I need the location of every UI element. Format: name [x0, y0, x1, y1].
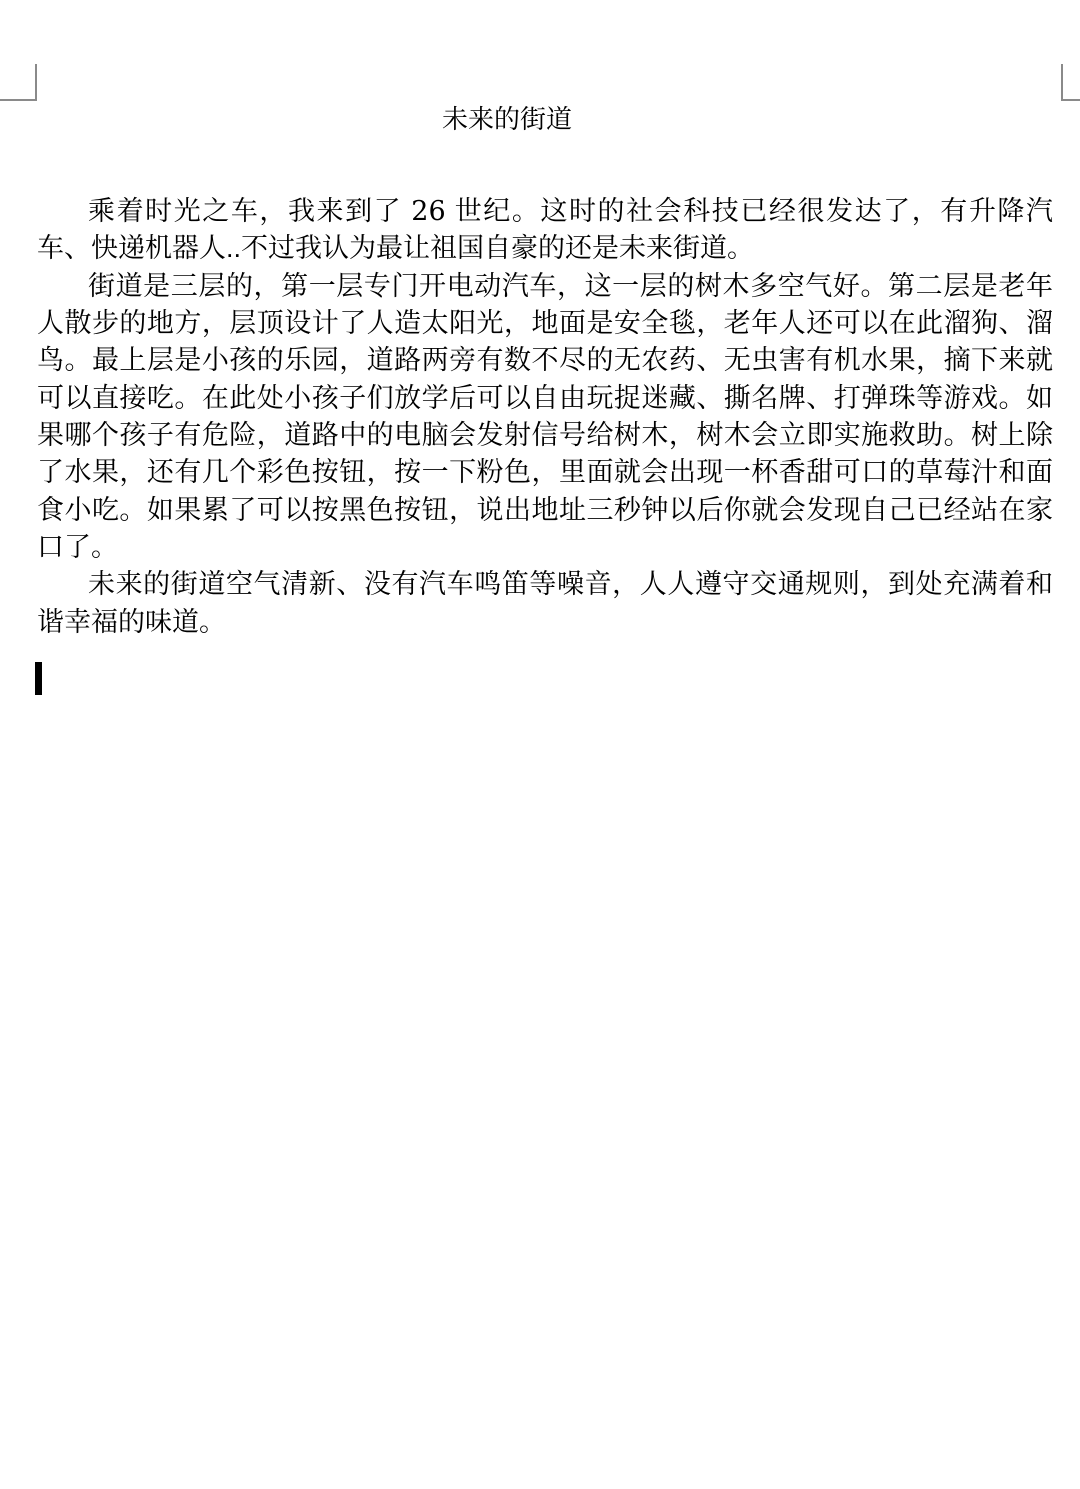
- text-boundary-corner-mark-top-left: [0, 64, 37, 101]
- paragraph-2[interactable]: 街道是三层的，第一层专门开电动汽车，这一层的树木多空气好。第二层是老年人散步的地…: [37, 268, 1053, 567]
- paragraph-2-text: 街道是三层的，第一层专门开电动汽车，这一层的树木多空气好。第二层是老年人散步的地…: [37, 271, 1053, 562]
- document-title[interactable]: 未来的街道: [37, 101, 1053, 137]
- paragraph-1[interactable]: 乘着时光之车，我来到了 26 世纪。这时的社会科技已经很发达了，有升降汽车、快递…: [37, 193, 1053, 268]
- paragraph-3[interactable]: 未来的街道空气清新、没有汽车鸣笛等噪音，人人遵守交通规则，到处充满着和谐幸福的味…: [37, 566, 1053, 641]
- document-page[interactable]: 未来的街道 乘着时光之车，我来到了 26 世纪。这时的社会科技已经很发达了，有升…: [0, 0, 1080, 1489]
- paragraph-1-century-number: 26: [411, 196, 445, 227]
- text-boundary-corner-mark-top-right: [1061, 64, 1080, 101]
- document-text-area[interactable]: 未来的街道 乘着时光之车，我来到了 26 世纪。这时的社会科技已经很发达了，有升…: [37, 101, 1053, 641]
- paragraph-1-text-before-number: 乘着时光之车，我来到了: [88, 196, 411, 226]
- text-insertion-cursor: [35, 662, 42, 695]
- document-body: 乘着时光之车，我来到了 26 世纪。这时的社会科技已经很发达了，有升降汽车、快递…: [37, 193, 1053, 641]
- paragraph-3-text: 未来的街道空气清新、没有汽车鸣笛等噪音，人人遵守交通规则，到处充满着和谐幸福的味…: [37, 569, 1053, 636]
